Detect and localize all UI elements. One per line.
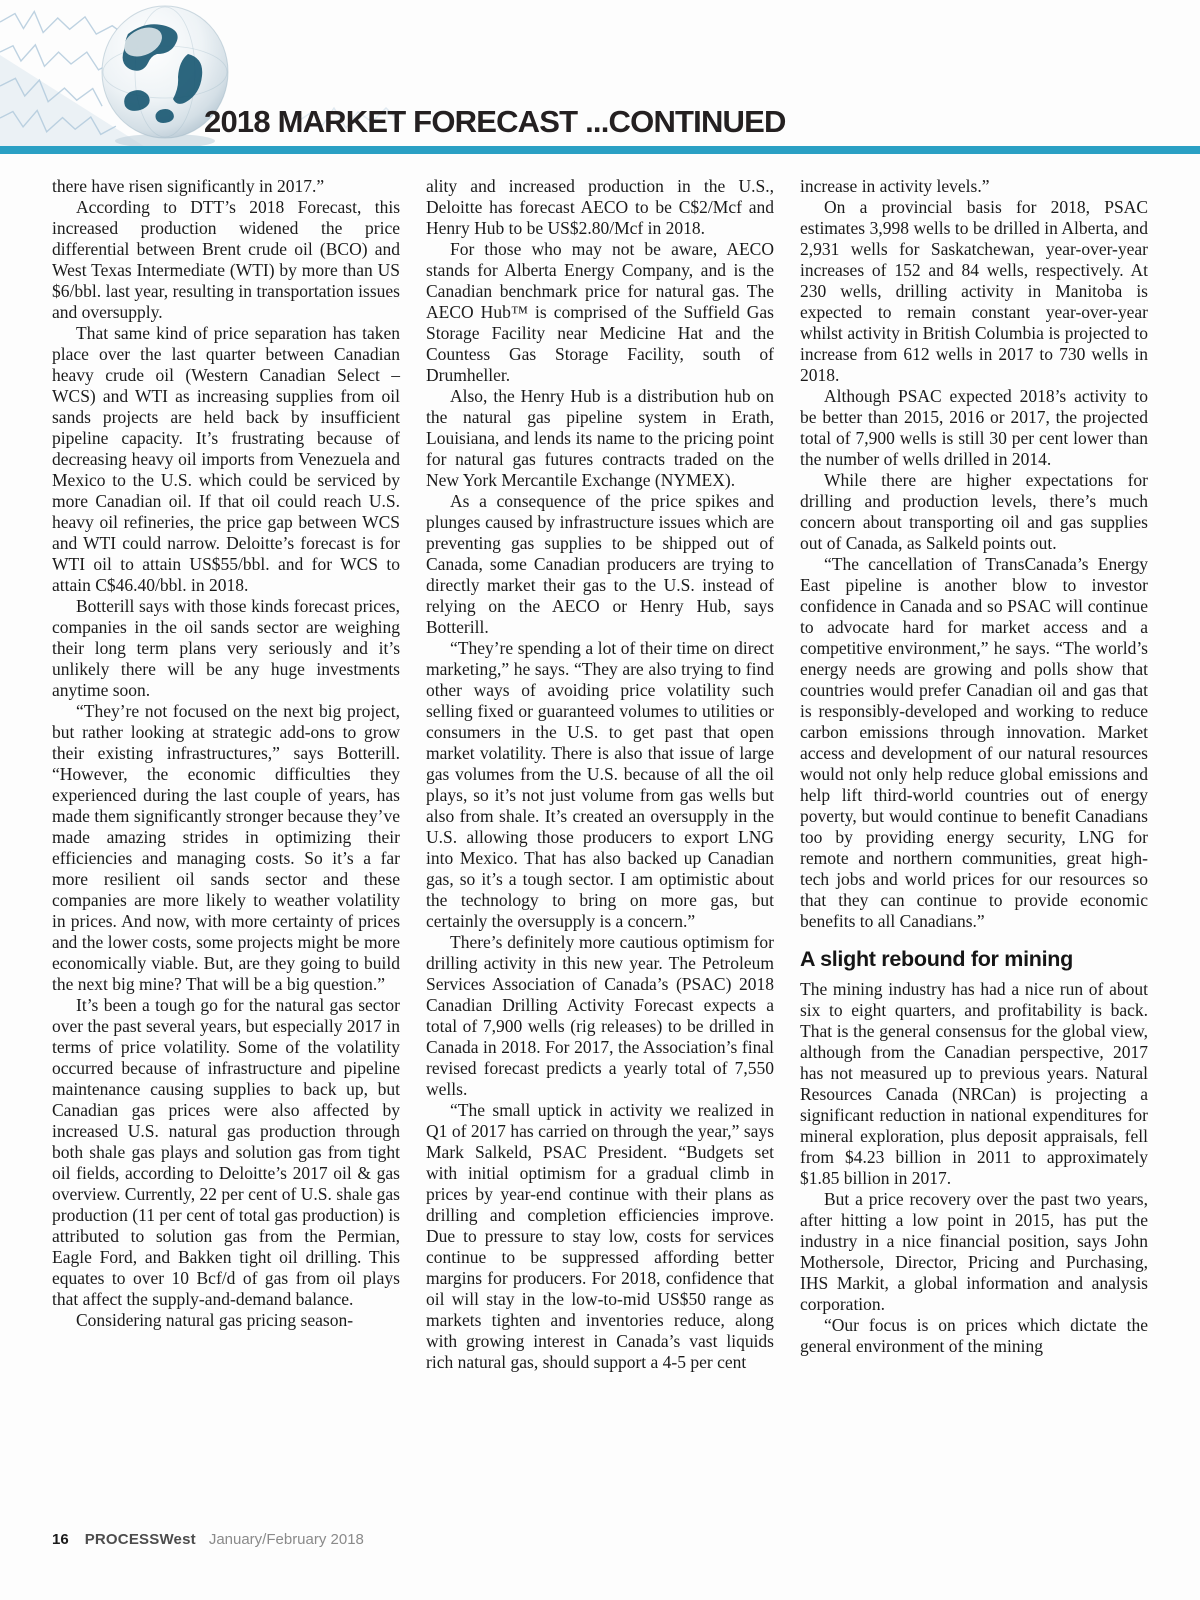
paragraph: While there are higher expectations for … xyxy=(800,470,1148,554)
paragraph: According to DTT’s 2018 Forecast, this i… xyxy=(52,197,400,323)
paragraph: increase in activity levels.” xyxy=(800,176,1148,197)
issue-date: January/February 2018 xyxy=(209,1531,364,1548)
paragraph: There’s definitely more cautious optimis… xyxy=(426,932,774,1100)
paragraph: That same kind of price separation has t… xyxy=(52,323,400,596)
page-footer: 16 PROCESSWest January/February 2018 xyxy=(52,1531,364,1548)
paragraph: For those who may not be aware, AECO sta… xyxy=(426,239,774,386)
magazine-name: PROCESSWest xyxy=(85,1531,196,1548)
paragraph: “Our focus is on prices which dictate th… xyxy=(800,1315,1148,1357)
paragraph: It’s been a tough go for the natural gas… xyxy=(52,995,400,1310)
article-body: there have risen significantly in 2017.”… xyxy=(52,176,1148,1528)
magazine-page: 2018 MARKET FORECAST ...CONTINUED there … xyxy=(0,0,1200,1600)
paragraph: Botterill says with those kinds forecast… xyxy=(52,596,400,701)
paragraph: Also, the Henry Hub is a distribution hu… xyxy=(426,386,774,491)
column-2: ality and increased production in the U.… xyxy=(426,176,774,1528)
paragraph: ality and increased production in the U.… xyxy=(426,176,774,239)
paragraph: “The small uptick in activity we realize… xyxy=(426,1100,774,1373)
header-accent-rule xyxy=(0,146,1200,154)
paragraph: “They’re not focused on the next big pro… xyxy=(52,701,400,995)
paragraph: Considering natural gas pricing season- xyxy=(52,1310,400,1331)
paragraph: As a consequence of the price spikes and… xyxy=(426,491,774,638)
paragraph: The mining industry has had a nice run o… xyxy=(800,979,1148,1189)
paragraph: But a price recovery over the past two y… xyxy=(800,1189,1148,1315)
paragraph: Although PSAC expected 2018’s activity t… xyxy=(800,386,1148,470)
column-1: there have risen significantly in 2017.”… xyxy=(52,176,400,1528)
paragraph: On a provincial basis for 2018, PSAC est… xyxy=(800,197,1148,386)
page-title: 2018 MARKET FORECAST ...CONTINUED xyxy=(204,104,786,140)
column-3: increase in activity levels.” On a provi… xyxy=(800,176,1148,1528)
paragraph: “They’re spending a lot of their time on… xyxy=(426,638,774,932)
section-heading: A slight rebound for mining xyxy=(800,947,1148,972)
page-number: 16 xyxy=(52,1531,69,1548)
paragraph: there have risen significantly in 2017.” xyxy=(52,176,400,197)
paragraph: “The cancellation of TransCanada’s Energ… xyxy=(800,554,1148,932)
